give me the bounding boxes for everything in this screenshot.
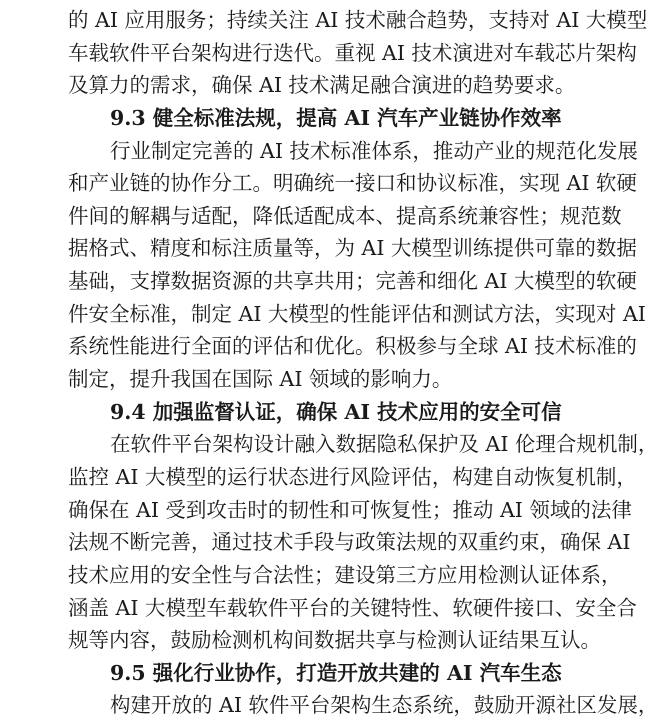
text-line: 及算力的需求，确保 AI 技术满足融合演进的趋势要求。: [68, 69, 592, 102]
text-line: 涵盖 AI 大模型车载软件平台的关键特性、软硬件接口、安全合: [68, 592, 592, 625]
paragraph-9-4: 在软件平台架构设计融入数据隐私保护及 AI 伦理合规机制， 监控 AI 大模型的…: [68, 428, 592, 656]
paragraph-9-5: 构建开放的 AI 软件平台架构生态系统，鼓励开源社区发展，: [68, 689, 592, 720]
text-line: 技术应用的安全性与合法性；建设第三方应用检测认证体系，: [68, 559, 592, 592]
text-line: 法规不断完善，通过技术手段与政策法规的双重约束，确保 AI: [68, 526, 592, 559]
text-line: 件间的解耦与适配，降低适配成本、提高系统兼容性；规范数: [68, 200, 592, 233]
document-page: 的 AI 应用服务；持续关注 AI 技术融合趋势，支持对 AI 大模型 车载软件…: [68, 4, 592, 720]
section-heading-9-3: 9.3 健全标准法规，提高 AI 汽车产业链协作效率: [68, 102, 592, 135]
text-line: 规等内容，鼓励检测机构间数据共享与检测认证结果互认。: [68, 624, 592, 657]
text-line: 构建开放的 AI 软件平台架构生态系统，鼓励开源社区发展，: [68, 689, 592, 720]
text-line: 基础，支撑数据资源的共享共用；完善和细化 AI 大模型的软硬: [68, 265, 592, 298]
section-heading-9-5: 9.5 强化行业协作，打造开放共建的 AI 汽车生态: [68, 657, 592, 690]
section-heading-9-4: 9.4 加强监督认证，确保 AI 技术应用的安全可信: [68, 396, 592, 429]
paragraph-continued: 的 AI 应用服务；持续关注 AI 技术融合趋势，支持对 AI 大模型 车载软件…: [68, 4, 592, 102]
text-line: 监控 AI 大模型的运行状态进行风险评估，构建自动恢复机制，: [68, 461, 592, 494]
text-line: 据格式、精度和标注质量等，为 AI 大模型训练提供可靠的数据: [68, 232, 592, 265]
text-line: 制定，提升我国在国际 AI 领域的影响力。: [68, 363, 592, 396]
text-line: 和产业链的协作分工。明确统一接口和协议标准，实现 AI 软硬: [68, 167, 592, 200]
text-line: 车载软件平台架构进行迭代。重视 AI 技术演进对车载芯片架构: [68, 37, 592, 70]
text-line: 行业制定完善的 AI 技术标准体系，推动产业的规范化发展: [68, 135, 592, 168]
text-line: 系统性能进行全面的评估和优化。积极参与全球 AI 技术标准的: [68, 330, 592, 363]
text-line: 在软件平台架构设计融入数据隐私保护及 AI 伦理合规机制，: [68, 428, 592, 461]
text-line: 件安全标准，制定 AI 大模型的性能评估和测试方法，实现对 AI: [68, 298, 592, 331]
paragraph-9-3: 行业制定完善的 AI 技术标准体系，推动产业的规范化发展 和产业链的协作分工。明…: [68, 135, 592, 396]
text-line: 的 AI 应用服务；持续关注 AI 技术融合趋势，支持对 AI 大模型: [68, 4, 592, 37]
text-line: 确保在 AI 受到攻击时的韧性和可恢复性；推动 AI 领域的法律: [68, 494, 592, 527]
